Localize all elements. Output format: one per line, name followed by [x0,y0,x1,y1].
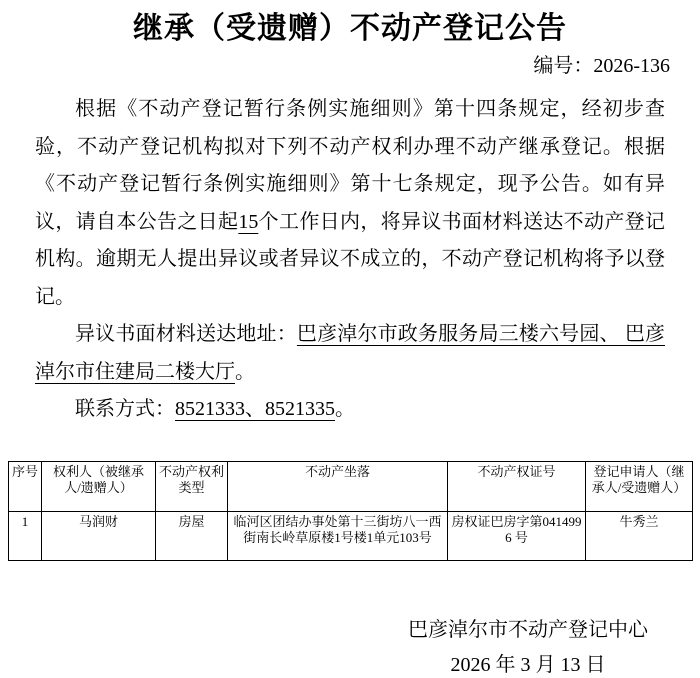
cell-location: 临河区团结办事处第十三街坊八一西街南长岭草原楼1号楼1单元103号 [228,511,448,560]
cell-index: 1 [9,511,42,560]
contact-period: 。 [335,398,355,420]
signature-block: 巴彦淖尔市不动产登记中心 2026 年 3 月 13 日 [408,613,648,678]
header-right-holder: 权利人（被继承人/遗赠人） [42,461,156,511]
table-row: 1 马润财 房屋 临河区团结办事处第十三街坊八一西街南长岭草原楼1号楼1单元10… [9,511,693,560]
cell-certificate-no: 房权证巴房字第0414996 号 [448,511,586,560]
table-header-row: 序号 权利人（被继承人/遗赠人） 不动产权利类型 不动产坐落 不动产权证号 登记… [9,461,693,511]
contact-label: 联系方式： [75,398,175,420]
cell-right-type: 房屋 [156,511,228,560]
address-paragraph: 异议书面材料送达地址：巴彦淖尔市政务服务局三楼六号园、 巴彦淖尔市住建局二楼大厅… [35,316,665,391]
deadline-days-underlined: 15 [238,211,258,233]
issue-date: 2026 年 3 月 13 日 [408,648,648,678]
contact-paragraph: 联系方式：8521333、8521335。 [35,391,665,429]
issuer-name: 巴彦淖尔市不动产登记中心 [408,613,648,648]
page-title: 继承（受遗赠）不动产登记公告 [0,12,700,46]
cell-applicant: 牛秀兰 [586,511,693,560]
announcement-document: 继承（受遗赠）不动产登记公告 编号：2026-136 根据《不动产登记暂行条例实… [0,0,700,678]
address-label: 异议书面材料送达地址： [75,323,297,345]
cell-right-holder: 马润财 [42,511,156,560]
address-period: 。 [235,361,255,383]
header-index: 序号 [9,461,42,511]
header-location: 不动产坐落 [228,461,448,511]
registration-table: 序号 权利人（被继承人/遗赠人） 不动产权利类型 不动产坐落 不动产权证号 登记… [8,461,693,561]
header-applicant: 登记申请人（继承人/受遗赠人） [586,461,693,511]
contact-numbers-underlined: 8521333、8521335 [175,398,335,420]
body-text: 根据《不动产登记暂行条例实施细则》第十四条规定，经初步查验，不动产登记机构拟对下… [35,91,665,429]
document-number: 编号：2026-136 [0,53,700,79]
main-paragraph: 根据《不动产登记暂行条例实施细则》第十四条规定，经初步查验，不动产登记机构拟对下… [35,91,665,316]
header-right-type: 不动产权利类型 [156,461,228,511]
header-certificate-no: 不动产权证号 [448,461,586,511]
